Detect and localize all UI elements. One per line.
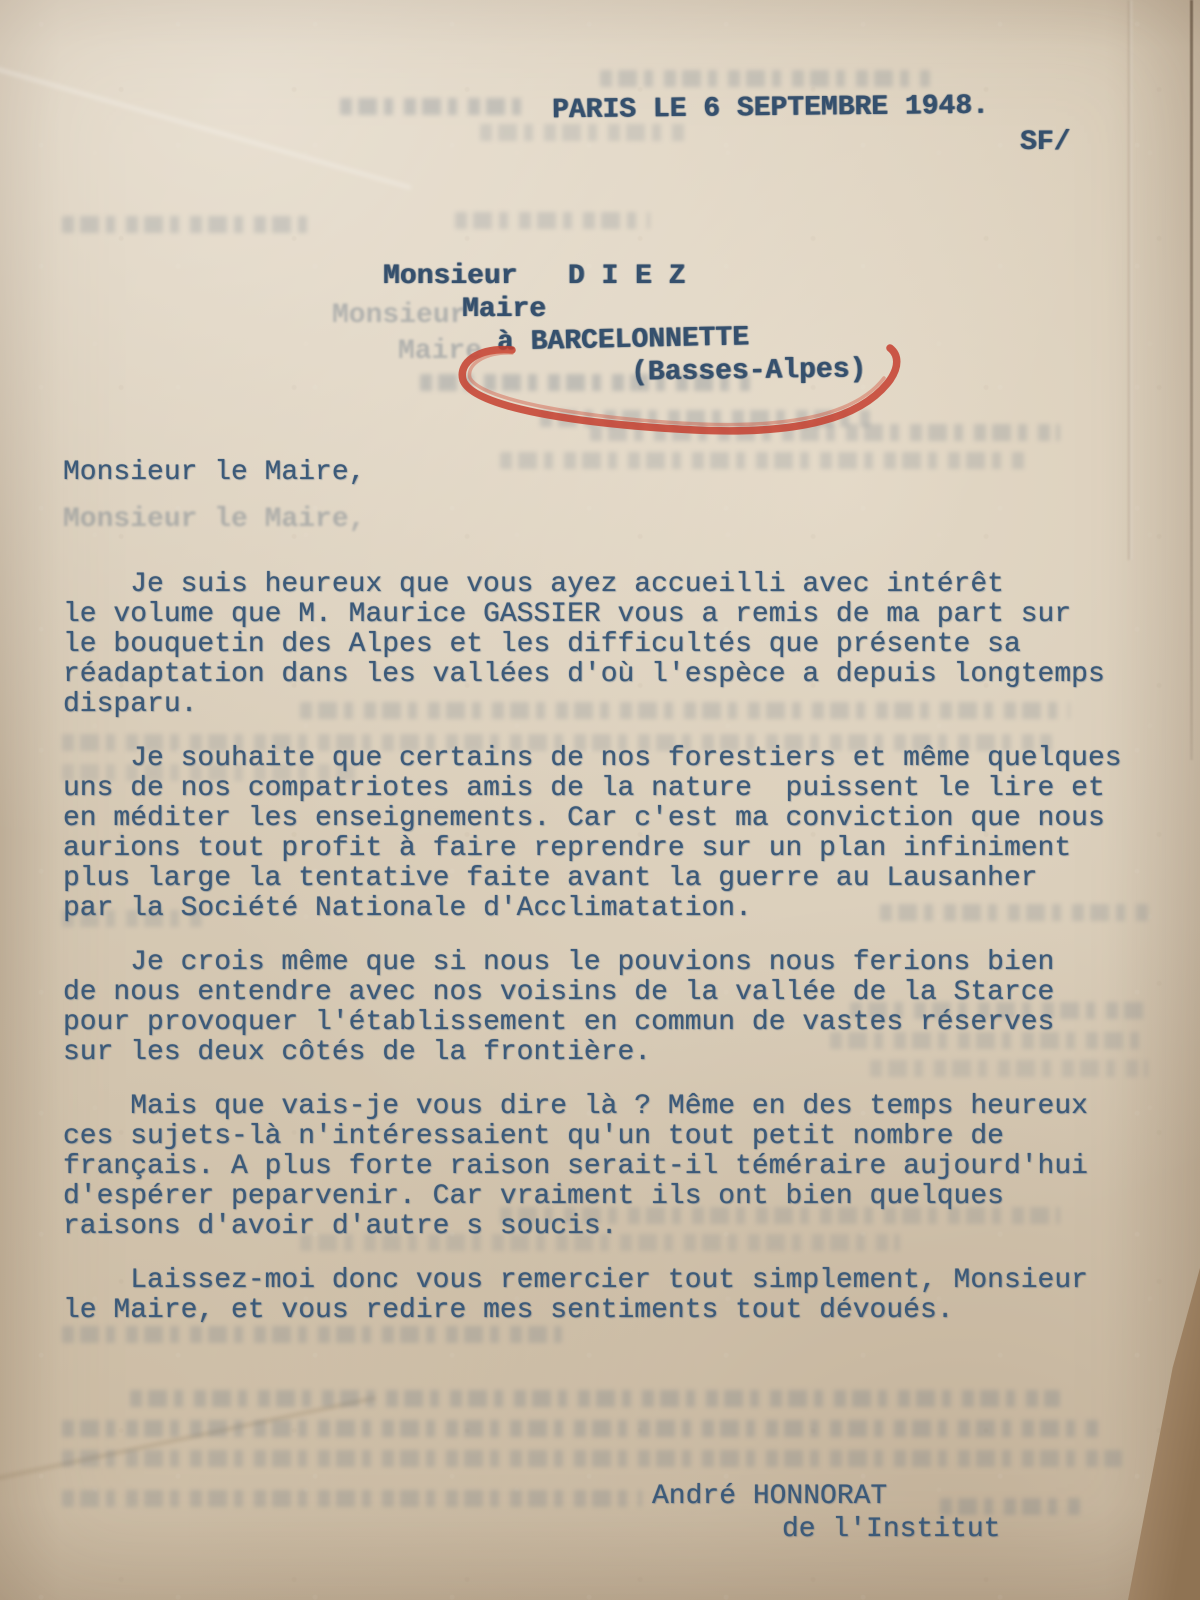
paragraph: Je crois même que si nous le pouvions no…	[63, 948, 1148, 1068]
paragraph: Je suis heureux que vous ayez accueilli …	[63, 570, 1148, 720]
letter-line: uns de nos compatriotes amis de la natur…	[63, 774, 1148, 804]
recipient-name-line: Monsieur D I E Z	[383, 262, 685, 292]
bleedthrough-line	[62, 1490, 642, 1507]
letter-line: le Maire, et vous redire mes sentiments …	[63, 1296, 1148, 1326]
letter-line: le volume que M. Maurice GASSIER vous a …	[63, 600, 1148, 630]
letter-line: Je suis heureux que vous ayez accueilli …	[63, 570, 1148, 600]
bleedthrough-salutation-echo: Monsieur le Maire,	[63, 504, 365, 535]
letter-line: disparu.	[63, 690, 1148, 720]
paper-crease	[1128, 0, 1132, 560]
bleedthrough-recipient-echo: Monsieur	[332, 300, 466, 331]
bleedthrough-line	[62, 1450, 1122, 1467]
paragraph: Laissez-moi donc vous remercier tout sim…	[63, 1266, 1148, 1326]
bleedthrough-line	[540, 410, 870, 427]
letter-line: Je crois même que si nous le pouvions no…	[63, 948, 1148, 978]
letter-line: Mais que vais-je vous dire là ? Même en …	[63, 1092, 1148, 1122]
bleedthrough-line	[480, 124, 690, 141]
letter-line: sur les deux côtés de la frontière.	[63, 1038, 1148, 1068]
letter-line: Je souhaite que certains de nos forestie…	[63, 744, 1148, 774]
bleedthrough-line	[600, 70, 930, 87]
letter-body: Je suis heureux que vous ayez accueilli …	[63, 570, 1148, 1350]
letter-line: français. A plus forte raison serait-il …	[63, 1152, 1148, 1182]
bleedthrough-line	[455, 212, 650, 229]
letter-line: pour provoquer l'établissement en commun…	[63, 1008, 1148, 1038]
typist-reference: SF/	[1020, 128, 1070, 158]
bleedthrough-line	[340, 98, 525, 115]
paragraph: Je souhaite que certains de nos forestie…	[63, 744, 1148, 924]
paper-crease	[0, 1396, 376, 1486]
letter-line: d'espérer peparvenir. Car vraiment ils o…	[63, 1182, 1148, 1212]
bleedthrough-recipient-echo: Maire	[398, 336, 482, 367]
letter-line: par la Société Nationale d'Acclimatation…	[63, 894, 1148, 924]
bleedthrough-line	[590, 424, 1060, 441]
paper-edge	[1190, 0, 1193, 760]
letter-line: Laissez-moi donc vous remercier tout sim…	[63, 1266, 1148, 1296]
paragraph: Mais que vais-je vous dire là ? Même en …	[63, 1092, 1148, 1242]
salutation: Monsieur le Maire,	[63, 458, 365, 488]
recipient-title-line: Maire	[462, 295, 546, 325]
letter-line: réadaptation dans les vallées d'où l'esp…	[63, 660, 1148, 690]
date-line: PARIS LE 6 SEPTEMBRE 1948.	[552, 92, 989, 127]
letter-line: en méditer les enseignements. Car c'est …	[63, 804, 1148, 834]
bleedthrough-line	[62, 1420, 1102, 1437]
recipient-city-line: à BARCELONNETTE	[497, 323, 750, 358]
letter-line: de nous entendre avec nos voisins de la …	[63, 978, 1148, 1008]
bleedthrough-line	[500, 452, 1030, 469]
letter-line: plus large la tentative faite avant la g…	[63, 864, 1148, 894]
signature-name: André HONNORAT	[652, 1482, 887, 1512]
letter-line: raisons d'avoir d'autre s soucis.	[63, 1212, 1148, 1242]
paper-crease	[0, 54, 411, 189]
letter-line: ces sujets-là n'intéressaient qu'un tout…	[63, 1122, 1148, 1152]
recipient-department-line: (Basses-Alpes)	[631, 355, 867, 388]
signature-title: de l'Institut	[782, 1515, 1000, 1545]
letter-line: aurions tout profit à faire reprendre su…	[63, 834, 1148, 864]
scanned-letter-page: Monsieur Maire Monsieur le Maire, PARIS …	[0, 0, 1200, 1600]
bleedthrough-line	[62, 216, 317, 233]
letter-line: le bouquetin des Alpes et les difficulté…	[63, 630, 1148, 660]
bleedthrough-line	[940, 1498, 1080, 1515]
bleedthrough-line	[130, 1390, 1060, 1407]
